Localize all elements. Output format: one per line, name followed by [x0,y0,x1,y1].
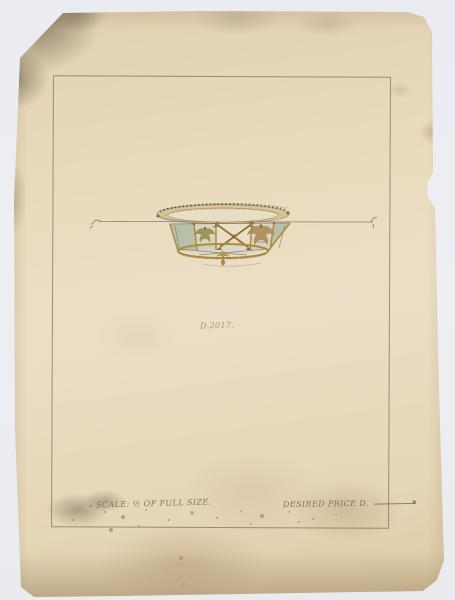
scanned-drawing-page: D.2017. SCALE: ½ OF FULL SIZE. DESIRED P… [0,0,455,600]
inscription-price-text: DESIRED PRICE D. [283,499,369,509]
ruled-border [51,75,391,528]
price-blank-line [374,502,416,505]
paper-sheet: D.2017. SCALE: ½ OF FULL SIZE. DESIRED P… [0,0,455,600]
inscription-price: DESIRED PRICE D. [283,498,416,509]
fixture-drawing [85,190,385,280]
rim-band [156,204,289,223]
inscription-number: D.2017. [200,320,235,330]
